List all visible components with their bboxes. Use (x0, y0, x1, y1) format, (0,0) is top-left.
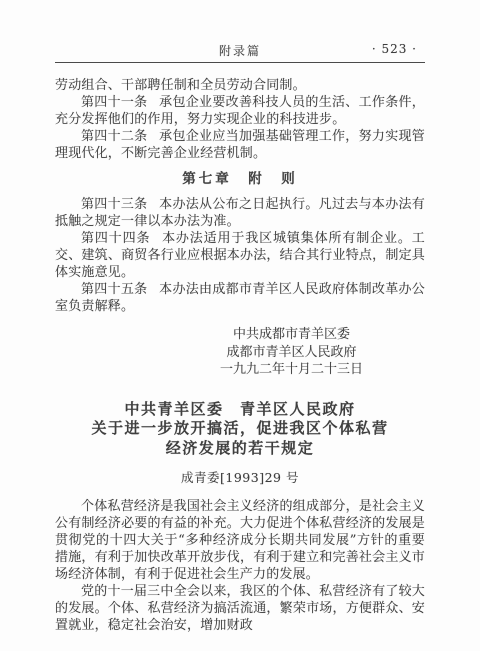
document-title-line-3: 经济发展的若干规定 (55, 439, 425, 459)
document-body: 个体私营经济是我国社会主义经济的组成部分，是社会主义公有制经济必要的有益的补充。… (55, 498, 425, 634)
article-42: 第四十二条承包企业应当加强基础管理工作，努力实现管理现代化，不断完善企业经营机制… (55, 128, 425, 162)
running-head: 附录篇 · 523 · (55, 42, 425, 63)
signature-block: 中共成都市青羊区委 成都市青羊区人民政府 一九九二年十月二十三日 (220, 326, 363, 379)
article-42-number: 第四十二条 (81, 129, 147, 144)
signature-authority-2: 成都市青羊区人民政府 (220, 344, 363, 362)
chapter-heading: 第七章 附 则 (55, 171, 425, 188)
page-number: · 523 · (372, 42, 417, 56)
article-43-number: 第四十三条 (81, 197, 147, 212)
article-44-number: 第四十四条 (81, 231, 150, 246)
document-paragraph-1: 个体私营经济是我国社会主义经济的组成部分，是社会主义公有制经济必要的有益的补充。… (55, 498, 425, 583)
section-title: 附录篇 (219, 42, 261, 59)
article-41-number: 第四十一条 (81, 95, 147, 110)
document-title: 中共青羊区委 青羊区人民政府 关于进一步放开搞活，促进我区个体私营 经济发展的若… (55, 400, 425, 459)
signature-authority-1: 中共成都市青羊区委 (220, 326, 363, 344)
article-43: 第四十三条本办法从公布之日起执行。凡过去与本办法有抵触之规定一律以本办法为准。 (55, 196, 425, 230)
article-44: 第四十四条本办法适用于我区城镇集体所有制企业。工交、建筑、商贸各行业应根据本办法… (55, 230, 425, 281)
article-41: 第四十一条承包企业要改善科技人员的生活、工作条件，充分发挥他们的作用，努力实现企… (55, 94, 425, 128)
article-45: 第四十五条本办法由成都市青羊区人民政府体制改革办公室负责解释。 (55, 281, 425, 315)
article-45-number: 第四十五条 (81, 282, 147, 297)
paragraph-continuation: 劳动组合、干部聘任制和全员劳动合同制。 (55, 77, 425, 94)
text-column: 劳动组合、干部聘任制和全员劳动合同制。 第四十一条承包企业要改善科技人员的生活、… (55, 77, 425, 634)
document-title-line-1: 中共青羊区委 青羊区人民政府 (55, 400, 425, 420)
signature-date: 一九九二年十月二十三日 (220, 361, 363, 379)
document-paragraph-2: 党的十一届三中全会以来，我区的个体、私营经济有了较大的发展。个体、私营经济为搞活… (55, 583, 425, 634)
scanned-book-page: 附录篇 · 523 · 劳动组合、干部聘任制和全员劳动合同制。 第四十一条承包企… (0, 0, 480, 651)
document-number: 成青委[1993]29 号 (55, 469, 425, 486)
document-title-line-2: 关于进一步放开搞活，促进我区个体私营 (55, 419, 425, 439)
